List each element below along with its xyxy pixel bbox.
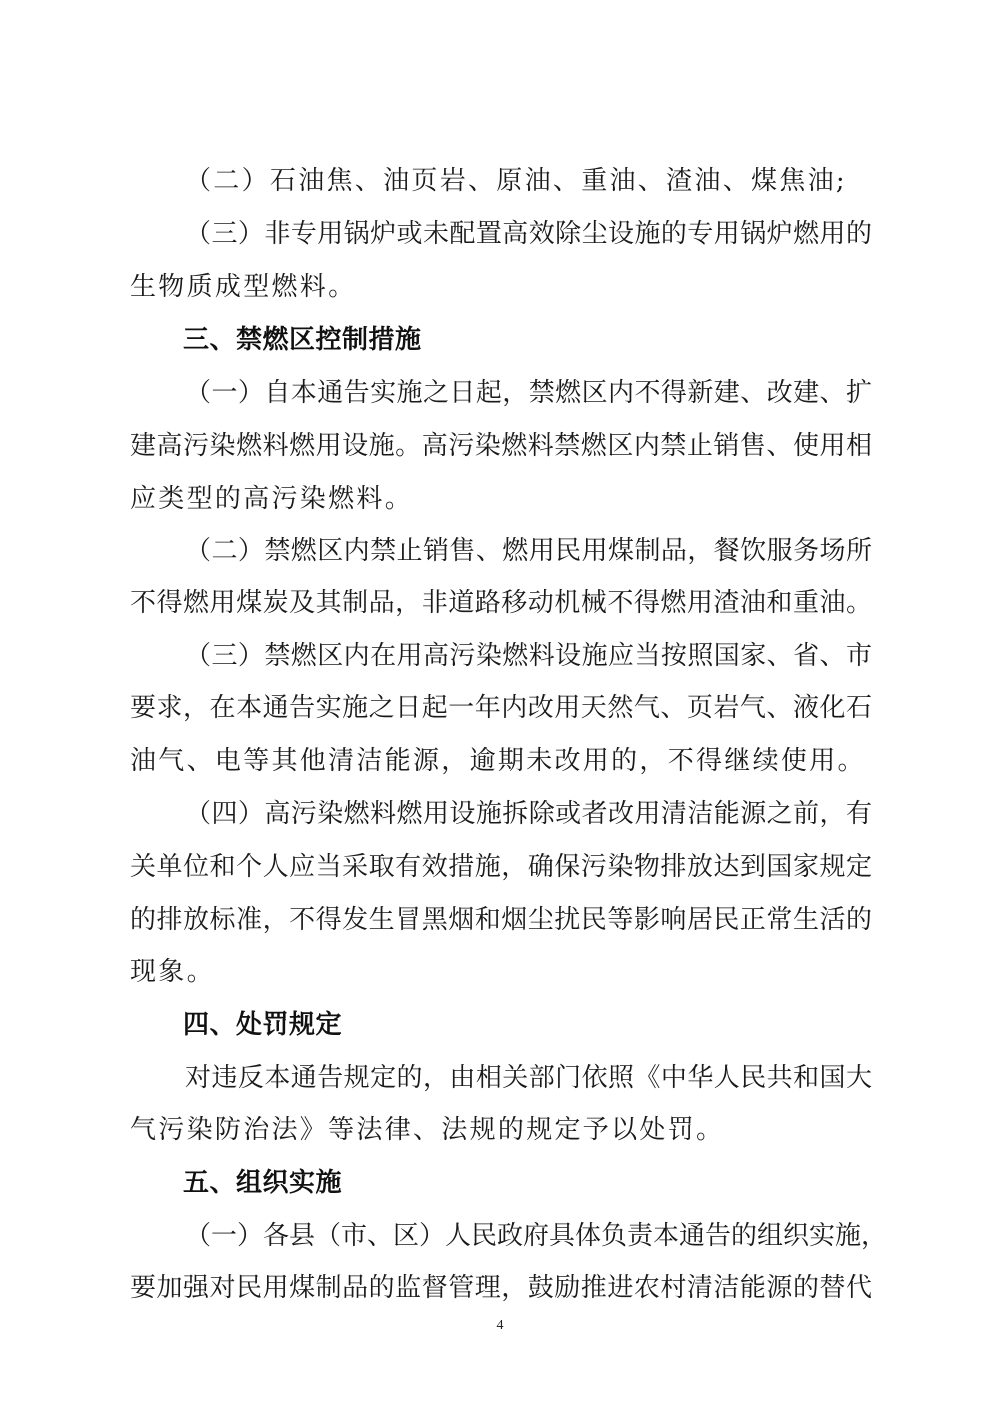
- section-heading: 三、禁燃区控制措施: [183, 324, 925, 356]
- paragraph-line: （一）自本通告实施之日起，禁燃区内不得新建、改建、扩: [185, 377, 872, 409]
- paragraph-line: 油气、电等其他清洁能源，逾期未改用的，不得继续使用。: [130, 745, 872, 777]
- section-heading: 五、组织实施: [183, 1167, 925, 1199]
- paragraph-line: 关单位和个人应当采取有效措施，确保污染物排放达到国家规定: [130, 851, 872, 883]
- paragraph-line: 气污染防治法》等法律、法规的规定予以处罚。: [130, 1114, 872, 1146]
- section-heading: 四、处罚规定: [183, 1009, 925, 1041]
- paragraph-line: 现象。: [130, 956, 872, 988]
- page-number: 4: [0, 1318, 1000, 1334]
- paragraph-line: 要加强对民用煤制品的监督管理，鼓励推进农村清洁能源的替代: [130, 1272, 872, 1304]
- paragraph-line: （四）高污染燃料燃用设施拆除或者改用清洁能源之前，有: [185, 798, 872, 830]
- paragraph-line: 不得燃用煤炭及其制品，非道路移动机械不得燃用渣油和重油。: [130, 587, 872, 619]
- paragraph-line: 建高污染燃料燃用设施。高污染燃料禁燃区内禁止销售、使用相: [130, 430, 872, 462]
- paragraph-line: 的排放标准，不得发生冒黑烟和烟尘扰民等影响居民正常生活的: [130, 904, 872, 936]
- document-page: （二）石油焦、油页岩、原油、重油、渣油、煤焦油; （三）非专用锅炉或未配置高效除…: [0, 0, 1000, 1414]
- paragraph-line: 要求，在本通告实施之日起一年内改用天然气、页岩气、液化石: [130, 692, 872, 724]
- paragraph-line: （一）各县（市、区）人民政府具体负责本通告的组织实施，: [185, 1220, 872, 1252]
- paragraph-line: （三）非专用锅炉或未配置高效除尘设施的专用锅炉燃用的: [185, 218, 872, 250]
- paragraph-line: 生物质成型燃料。: [130, 271, 872, 303]
- paragraph-line: 应类型的高污染燃料。: [130, 483, 872, 515]
- paragraph-line: （二）禁燃区内禁止销售、燃用民用煤制品，餐饮服务场所: [185, 535, 872, 567]
- paragraph-line: （三）禁燃区内在用高污染燃料设施应当按照国家、省、市: [185, 640, 872, 672]
- paragraph-line: （二）石油焦、油页岩、原油、重油、渣油、煤焦油;: [185, 165, 872, 197]
- paragraph-line: 对违反本通告规定的，由相关部门依照《中华人民共和国大: [185, 1062, 872, 1094]
